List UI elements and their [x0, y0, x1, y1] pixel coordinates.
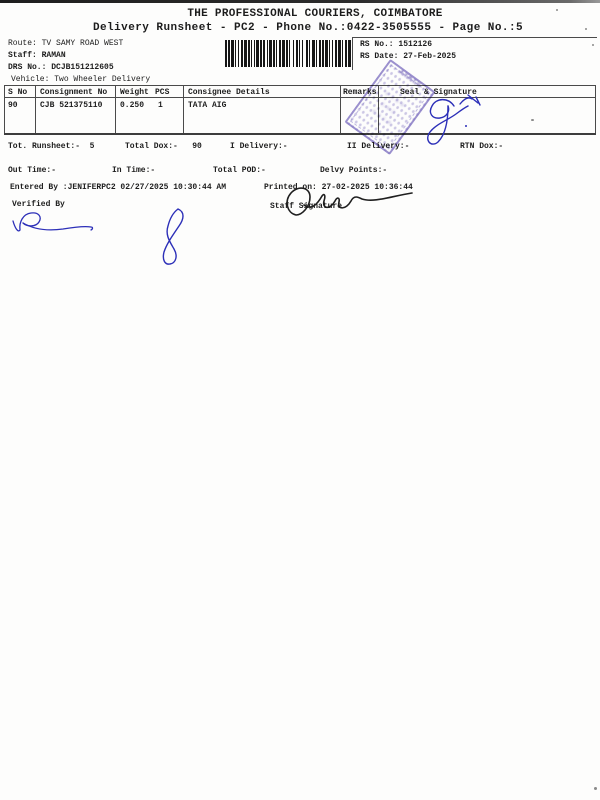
drs-line: DRS No.: DCJB151212605 [8, 63, 114, 72]
scan-edge-strip [0, 0, 600, 3]
route-value: TV SAMY ROAD WEST [42, 39, 124, 48]
document-title: THE PROFESSIONAL COURIERS, COIMBATORE [30, 8, 600, 20]
table-col-divider-1 [35, 85, 36, 133]
header-consignment-no: Consignment No [40, 88, 107, 97]
header-consignee-details: Consignee Details [188, 88, 270, 97]
scan-speckle [556, 9, 558, 11]
drs-value: DCJB151212605 [51, 63, 113, 72]
rs-no-value: 1512126 [398, 40, 432, 49]
header-s-no: S No [8, 88, 27, 97]
row-consignee: TATA AIG [188, 101, 226, 110]
staff-line: Staff: RAMAN [8, 51, 66, 60]
vehicle-label: Vehicle: [11, 75, 49, 84]
staff-label: Staff: [8, 51, 37, 60]
drs-label: DRS No.: [8, 63, 46, 72]
total-dox-value: 90 [192, 142, 202, 151]
staff-value: RAMAN [42, 51, 66, 60]
in-time: In Time:- [112, 166, 155, 175]
table-col-divider-2 [115, 85, 116, 133]
barcode-icon [225, 40, 352, 67]
loose-squiggle-signature [151, 207, 193, 267]
verified-by-signature [11, 209, 95, 239]
entered-by-line: Entered By :JENIFERPC2 02/27/2025 10:30:… [10, 183, 226, 192]
route-line: Route: TV SAMY ROAD WEST [8, 39, 123, 48]
scan-speckle [592, 44, 594, 46]
table-right-border [595, 85, 596, 133]
header-weight: Weight [120, 88, 149, 97]
table-col-divider-3 [183, 85, 184, 133]
row-consignment-no: CJB 521375110 [40, 101, 102, 110]
rs-date-label: RS Date: [360, 52, 398, 61]
delivery-runsheet-document: THE PROFESSIONAL COURIERS, COIMBATORE De… [0, 0, 600, 800]
verified-by-label: Verified By [12, 200, 65, 209]
rs-date-value: 27-Feb-2025 [403, 52, 456, 61]
seal-signature [420, 90, 486, 148]
delvy-points: Delvy Points:- [320, 166, 387, 175]
scan-speckle [594, 787, 597, 790]
table-col-divider-4 [340, 85, 341, 133]
header-pcs: PCS [155, 88, 169, 97]
total-dox-label: Total Dox:- [125, 142, 178, 151]
scan-speckle [585, 28, 587, 30]
row-weight: 0.250 [120, 101, 144, 110]
total-pod: Total POD:- [213, 166, 266, 175]
route-label: Route: [8, 39, 37, 48]
out-time: Out Time:- [8, 166, 56, 175]
rs-no-line: RS No.: 1512126 [360, 40, 432, 49]
scan-speckle [531, 119, 534, 121]
row-s-no: 90 [8, 101, 18, 110]
rs-box-left-line [352, 37, 353, 70]
staff-signature [282, 183, 416, 219]
i-delivery: I Delivery:- [230, 142, 288, 151]
tot-runsheet-value: 5 [90, 142, 95, 151]
table-top-border [4, 85, 596, 86]
vehicle-value: Two Wheeler Delivery [54, 75, 150, 84]
tot-runsheet: Tot. Runsheet:- 5 [8, 142, 94, 151]
row-pcs: 1 [158, 101, 163, 110]
rs-box-top-line [352, 37, 597, 38]
tot-runsheet-label: Tot. Runsheet:- [8, 142, 80, 151]
vehicle-line: Vehicle: Two Wheeler Delivery [11, 75, 150, 84]
table-left-border [4, 85, 5, 133]
table-bottom-border [4, 133, 596, 135]
rs-date-line: RS Date: 27-Feb-2025 [360, 52, 456, 61]
table-header-divider [4, 97, 596, 98]
document-subtitle: Delivery Runsheet - PC2 - Phone No.:0422… [16, 22, 600, 34]
rs-no-label: RS No.: [360, 40, 394, 49]
total-dox: Total Dox:- 90 [125, 142, 202, 151]
